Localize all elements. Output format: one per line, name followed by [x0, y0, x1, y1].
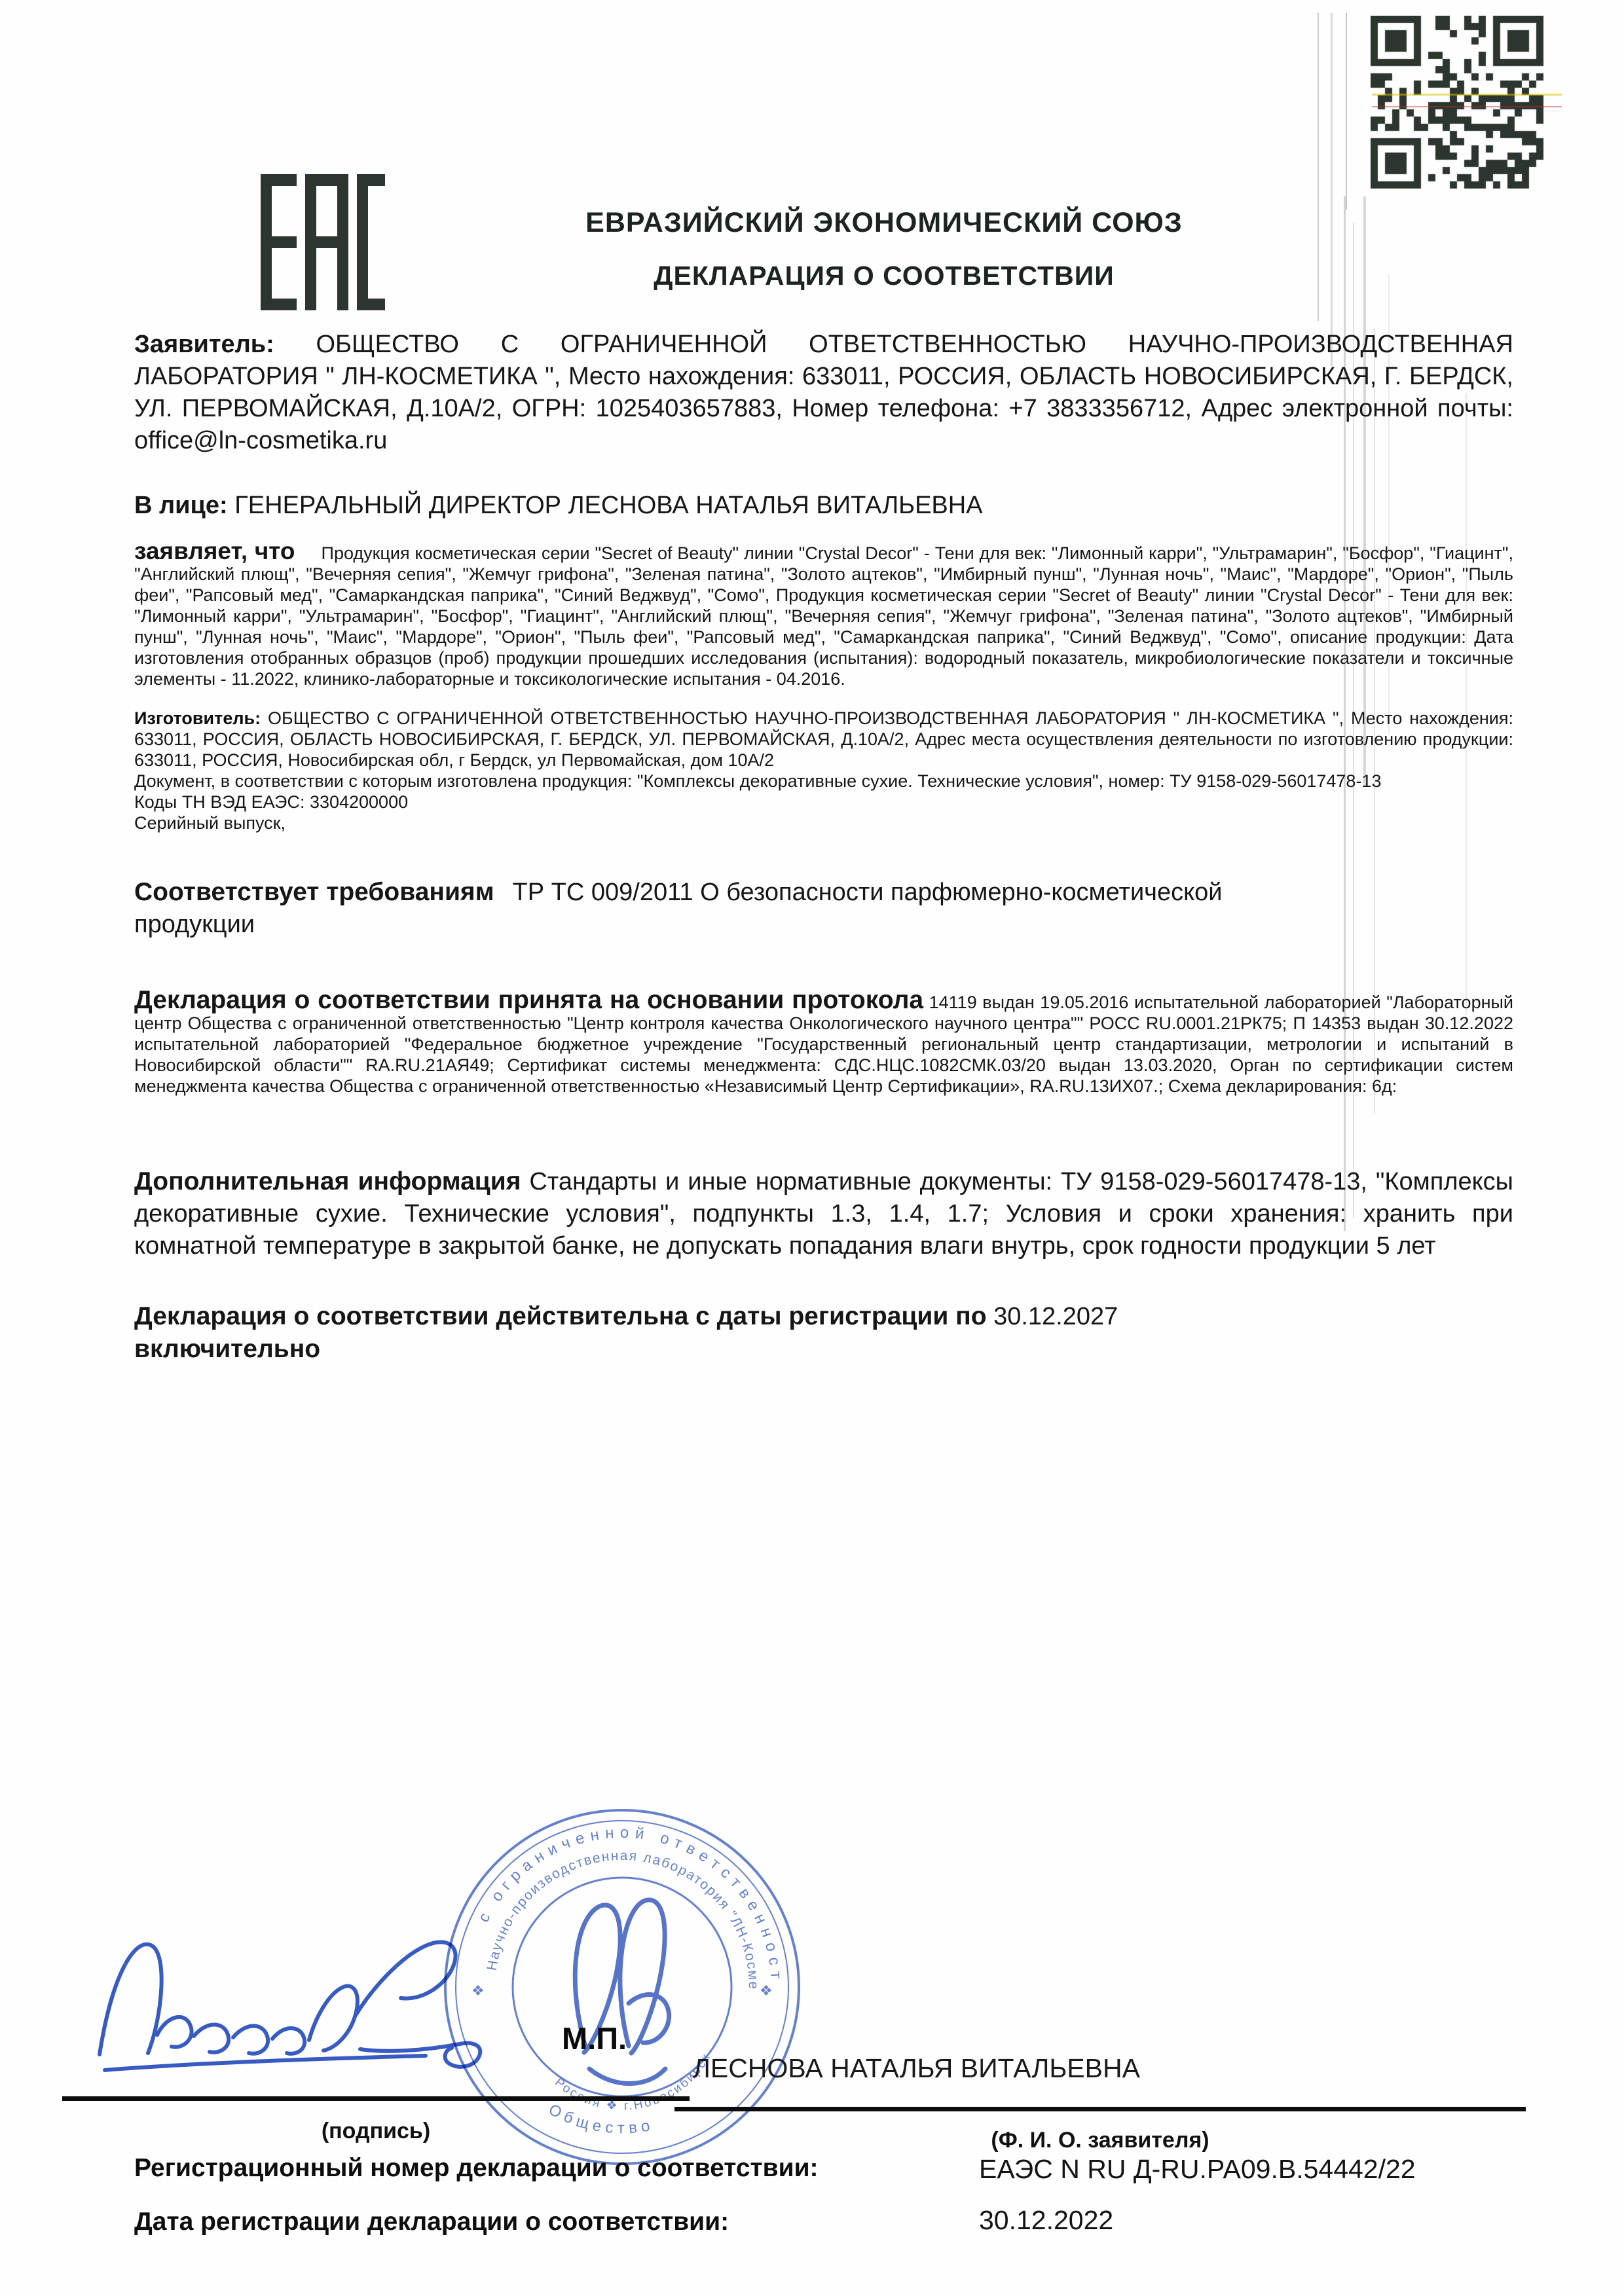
mp-seal-mark: М.П.: [562, 2020, 627, 2056]
additional-info-label: Дополнительная информация: [134, 1167, 521, 1195]
declares-paragraph: заявляет, чтоПродукция косметическая сер…: [134, 541, 1513, 689]
applicant-label: Заявитель:: [134, 331, 274, 358]
page-subtitle: ДЕКЛАРАЦИЯ О СООТВЕТСТВИИ: [196, 261, 1572, 291]
signature-caption: (подпись): [62, 2119, 690, 2144]
complies-section: Соответствует требованиямТР ТС 009/2011 …: [134, 876, 1513, 941]
declares-text: Продукция косметическая серии "Secret of…: [134, 543, 1513, 689]
scan-artifact: [1346, 13, 1347, 210]
registration-number-label: Регистрационный номер декларации о соотв…: [134, 2154, 819, 2183]
svg-text:❖: ❖: [760, 1982, 773, 1999]
scan-artifact: [1331, 13, 1333, 367]
complies-text-line1: ТР ТС 009/2011 О безопасности парфюмерно…: [513, 879, 1223, 906]
declaration-details: заявляет, чтоПродукция косметическая сер…: [134, 541, 1513, 833]
validity-label: Декларация о соответствии действительна …: [134, 1302, 987, 1330]
eac-logo: [261, 174, 385, 314]
registration-date-value: 30.12.2022: [979, 2205, 1113, 2236]
signature-line: [62, 2096, 690, 2101]
qr-code: [1371, 16, 1562, 194]
manufacturing-document-line: Документ, в соответствии с которым изгот…: [134, 771, 1513, 792]
manufacturer-paragraph: Изготовитель: ОБЩЕСТВО С ОГРАНИЧЕННОЙ ОТ…: [134, 708, 1513, 771]
tnved-codes-line: Коды ТН ВЭД ЕАЭС: 3304200000: [134, 792, 1513, 812]
manufacturer-label: Изготовитель:: [134, 708, 261, 728]
basis-section: Декларация о соответствии принята на осн…: [134, 990, 1513, 1097]
declares-label: заявляет, что: [134, 538, 295, 564]
complies-label: Соответствует требованиям: [134, 878, 494, 906]
registration-number-value: ЕАЭС N RU Д-RU.РА09.В.54442/22: [979, 2154, 1416, 2185]
validity-section: Декларация о соответствии действительна …: [134, 1300, 1513, 1365]
in-person-label: В лице:: [134, 492, 228, 519]
additional-info-section: Дополнительная информация Стандарты и ин…: [134, 1165, 1513, 1262]
manufacturer-text: ОБЩЕСТВО С ОГРАНИЧЕННОЙ ОТВЕТСТВЕННОСТЬЮ…: [134, 708, 1513, 770]
serial-issue-line: Серийный выпуск,: [134, 812, 1513, 833]
name-caption: (Ф. И. О. заявителя): [674, 2128, 1526, 2153]
validity-suffix: включительно: [134, 1333, 1513, 1365]
handwritten-signature: [59, 1859, 504, 2111]
validity-date: 30.12.2027: [993, 1303, 1118, 1330]
scan-color-fringe: [1372, 94, 1562, 96]
applicant-paragraph: Заявитель: ОБЩЕСТВО С ОГРАНИЧЕННОЙ ОТВЕТ…: [134, 329, 1513, 457]
basis-label: Декларация о соответствии принята на осн…: [134, 986, 923, 1014]
name-line: [674, 2107, 1526, 2111]
complies-text-line2: продукции: [134, 909, 1513, 941]
in-person-line: В лице: ГЕНЕРАЛЬНЫЙ ДИРЕКТОР ЛЕСНОВА НАТ…: [134, 490, 1513, 522]
applicant-text: ОБЩЕСТВО С ОГРАНИЧЕННОЙ ОТВЕТСТВЕННОСТЬЮ…: [134, 331, 1513, 454]
qr-code-canvas: [1371, 16, 1562, 191]
signer-full-name: ЛЕСНОВА НАТАЛЬЯ ВИТАЛЬЕВНА: [693, 2053, 1140, 2084]
scan-color-fringe: [1372, 106, 1562, 107]
in-person-text: ГЕНЕРАЛЬНЫЙ ДИРЕКТОР ЛЕСНОВА НАТАЛЬЯ ВИТ…: [234, 492, 982, 519]
registration-date-label: Дата регистрации декларации о соответств…: [134, 2208, 729, 2236]
page-title: ЕВРАЗИЙСКИЙ ЭКОНОМИЧЕСКИЙ СОЮЗ: [196, 207, 1572, 239]
declaration-document-page: ЕВРАЗИЙСКИЙ ЭКОНОМИЧЕСКИЙ СОЮЗ ДЕКЛАРАЦИ…: [0, 0, 1624, 2296]
handwritten-signature-graphic: [59, 1859, 504, 2108]
